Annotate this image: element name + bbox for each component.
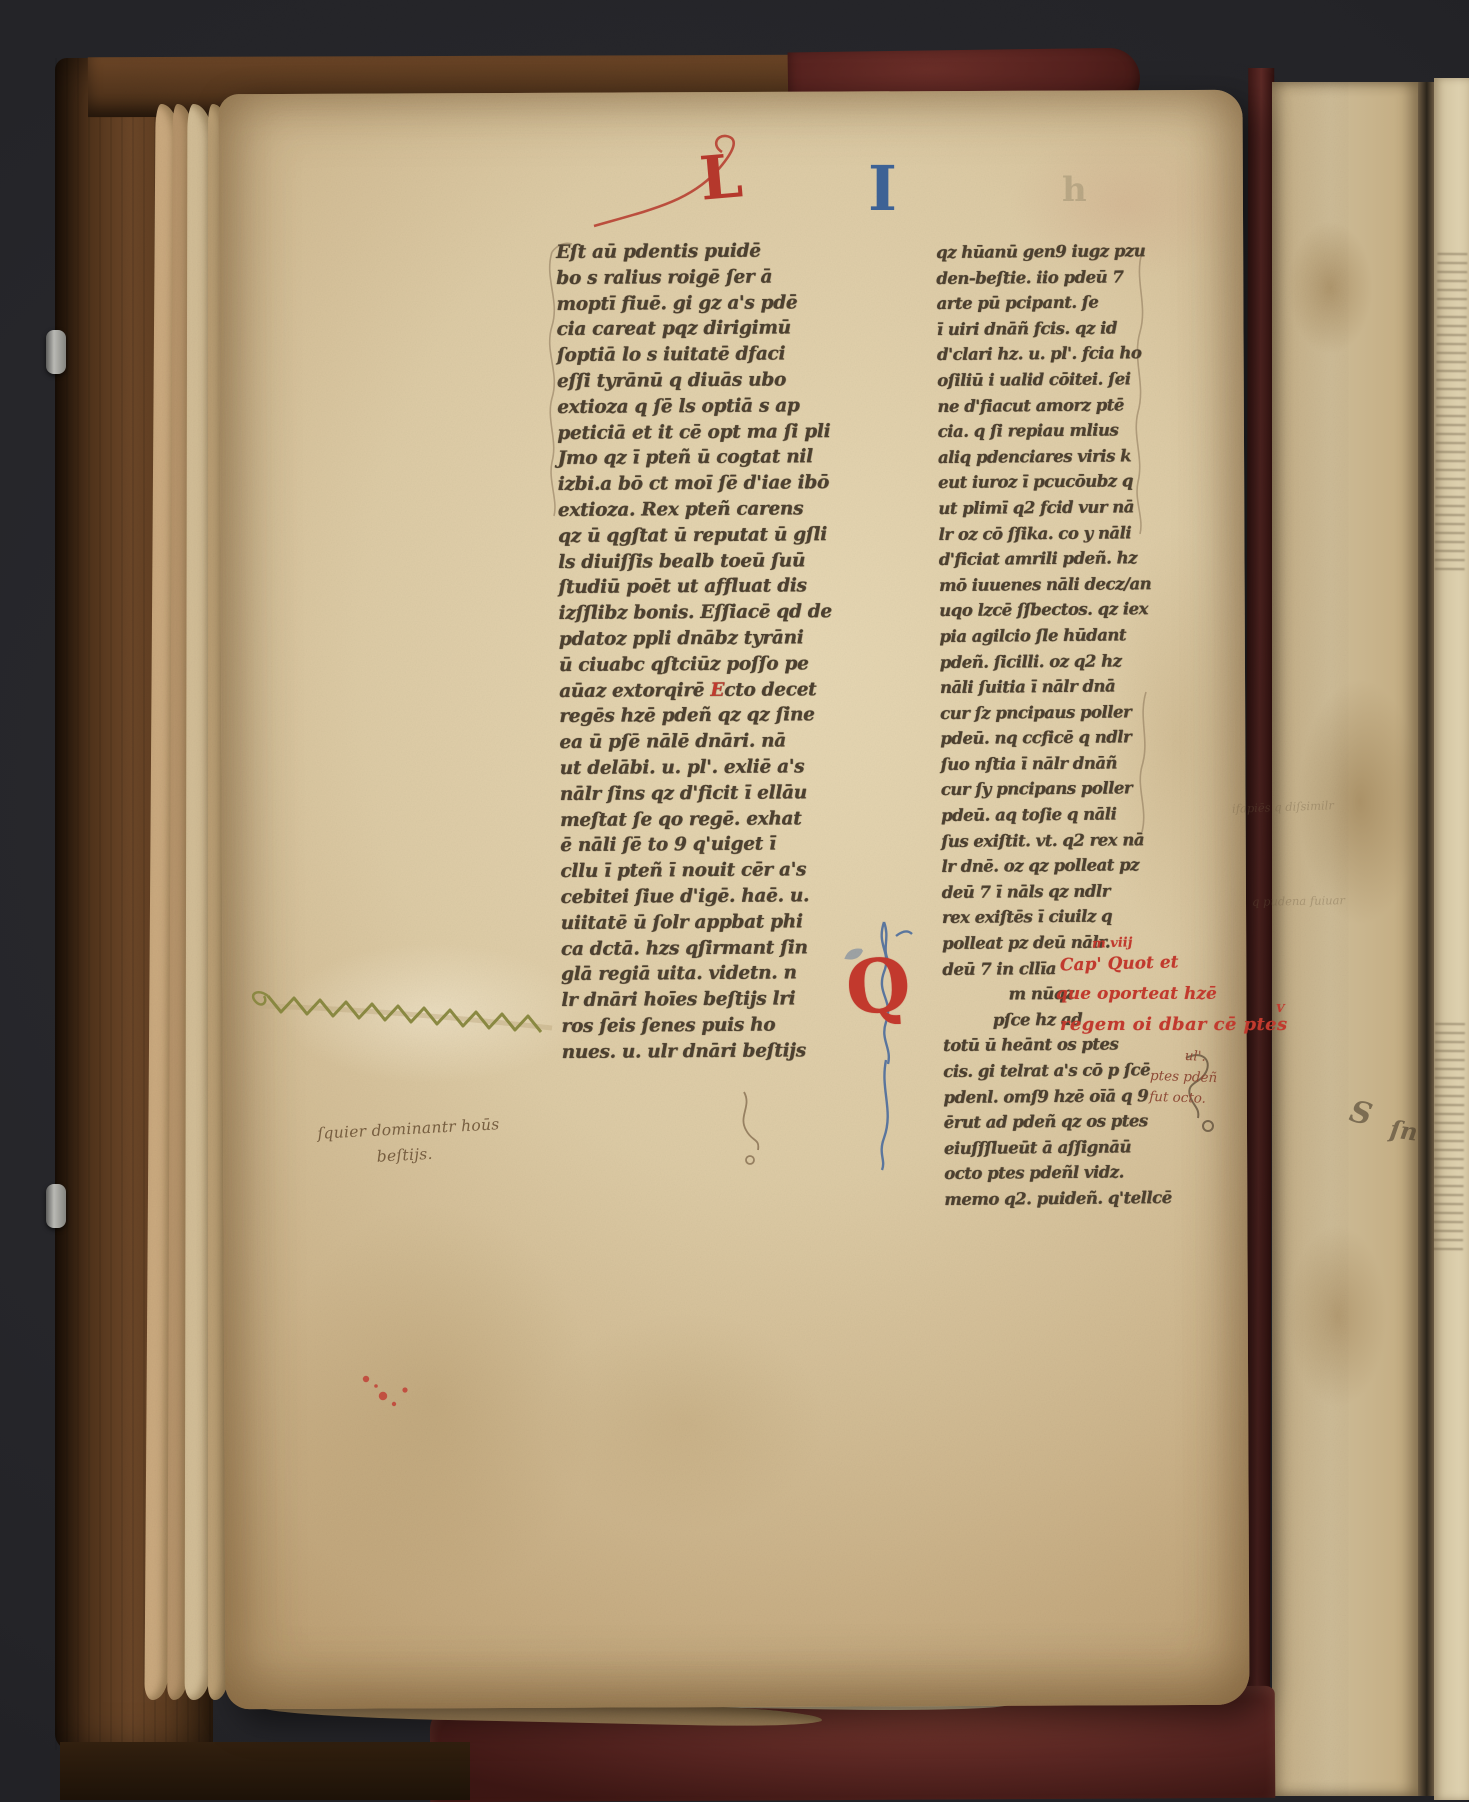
- ink-text: uqo lzcē ſſbectos. qz iex: [939, 599, 1148, 620]
- ink-text: octo ptes pdeñl vidz.: [944, 1163, 1124, 1184]
- manuscript-line: cia careat pqz dirigimū: [557, 315, 867, 343]
- manuscript-line: extioza. Rex pteñ carens: [558, 496, 868, 524]
- ink-text: ea ū pſē nālē dnāri. nā: [559, 731, 786, 754]
- manuscript-photo: L I h Eſt aū pdentis puidēbo s ralius ro…: [0, 0, 1469, 1800]
- ink-text: ne d'fiacut amorz ptē: [937, 395, 1124, 416]
- ink-text: mō iuuenes nāli decz/an: [939, 574, 1151, 595]
- manuscript-line: ea ū pſē nālē dnāri. nā: [559, 728, 869, 756]
- manuscript-line: arte pū pcipant. ſe: [936, 289, 1166, 317]
- manuscript-line: den-beſtie. iio pdeū 7: [936, 264, 1166, 292]
- ink-text: ca dctā. hzs qſirmant ſin: [561, 937, 808, 960]
- ink-text: bo s ralius roigē ſer ā: [556, 266, 772, 289]
- rubric-line: que oporteat hzē: [1056, 984, 1217, 1004]
- ink-text: d'ficiat amrili pdeñ. hz: [939, 548, 1137, 569]
- ink-text: d'clari hz. u. pl'. fcia ho: [937, 344, 1142, 365]
- manuscript-line: eiuſſſlueūt ā aſſignāū: [944, 1134, 1174, 1162]
- folio-mark-blue: I: [868, 158, 897, 220]
- ink-text: memo q2. puideñ. q'tellcē: [944, 1188, 1171, 1209]
- manuscript-line: cur ſy pncipans poller: [941, 775, 1171, 803]
- red-touched-letter: E: [710, 679, 724, 700]
- ink-text: extioza q ſē ls optiā s ap: [557, 395, 799, 418]
- facing-page-text-hint: [1435, 253, 1468, 573]
- manuscript-line: cllu ī pteñ ī nouit cēr a's: [560, 857, 870, 885]
- manuscript-line: regēs hzē pdeñ qz qz ſine: [559, 702, 869, 730]
- manuscript-line: totū ū heānt os ptes: [943, 1031, 1173, 1059]
- manuscript-line: pdatoz ppli dnābz tyrāni: [559, 625, 869, 653]
- ink-text: ē nāli ſē to 9 q'uiget ī: [560, 834, 776, 857]
- manuscript-line: rex exiſtēs ī ciuilz q: [942, 903, 1172, 931]
- ink-text: ſoptiā lo s iuitatē dfaci: [557, 344, 786, 367]
- manuscript-line: ca dctā. hzs qſirmant ſin: [561, 934, 871, 962]
- ink-text: moptī fiuē. gi gz a's pdē: [556, 292, 797, 315]
- ink-text: ſus exiſtit. vt. q2 rex nā: [941, 830, 1144, 851]
- ink-text: peticiā et it cē opt ma ſi pli: [557, 421, 830, 444]
- ink-text: den-beſtie. iio pdeū 7: [936, 267, 1123, 288]
- ink-text: Jmo qz ī pteñ ū cogtat nil: [557, 447, 812, 470]
- ink-text: cia. q ſi repiau mlius: [938, 421, 1119, 442]
- margin-note-left: ſquier dominantr hoūs beſtijs.: [317, 1111, 502, 1172]
- manuscript-line: cis. gi telrat a's cō p ſcē: [943, 1057, 1173, 1085]
- ink-text: glā regiā uita. videtn. n: [561, 963, 797, 986]
- manuscript-line: aliq pdenciares viris k: [938, 443, 1168, 471]
- manuscript-line: lr oz cō ſſika. co y nāli: [938, 520, 1168, 548]
- ink-text: ut plimī q2 fcid vur nā: [938, 497, 1134, 518]
- margin-note-line: ptes pdeñ: [1150, 1066, 1218, 1089]
- ink-text: arte pū pcipant. ſe: [936, 293, 1098, 313]
- facing-page-text-hint: [1433, 1023, 1465, 1253]
- ink-text: pdeñ. ſicilli. oz q2 hz: [940, 651, 1122, 672]
- folio-mark-red: L: [697, 146, 744, 209]
- clasp-pin-bottom: [46, 1184, 66, 1228]
- ink-text: cia careat pqz dirigimū: [557, 318, 791, 341]
- manuscript-line: extioza q ſē ls optiā s ap: [557, 393, 867, 421]
- text-column-right: qz hūanū gen9 iugz pzuden-beſtie. iio pd…: [936, 238, 1174, 1213]
- rubric-line: regem oi dbar cē ptes: [1060, 1014, 1288, 1035]
- manuscript-line: cia. q ſi repiau mlius: [938, 417, 1168, 445]
- rubric-chapter-number: m viij: [1092, 935, 1133, 951]
- ink-text: lr dnē. oz qz polleat pz: [941, 856, 1139, 877]
- manuscript-line: ut delābi. u. pl'. exliē a's: [560, 754, 870, 782]
- ink-text: izbi.a bō ct moī ſē d'iae ibō: [558, 472, 829, 495]
- ink-text: cllu ī pteñ ī nouit cēr a's: [560, 859, 806, 882]
- ink-text: ī uiri dnāñ fcis. qz id: [937, 318, 1117, 339]
- board-bottom-edge: [60, 1742, 470, 1800]
- manuscript-line: ſuo nſtia ī nālr dnāñ: [940, 750, 1170, 778]
- edge-note: q pudena fuiuar: [1252, 893, 1345, 909]
- manuscript-line: ē nāli ſē to 9 q'uiget ī: [560, 831, 870, 859]
- manuscript-line: izbi.a bō ct moī ſē d'iae ibō: [558, 470, 868, 498]
- manuscript-line: Eſt aū pdentis puidē: [556, 238, 866, 266]
- manuscript-line: lr dnē. oz qz polleat pz: [941, 852, 1171, 880]
- rubric-tick: V: [1276, 1002, 1285, 1015]
- parchment-stain: [544, 1312, 825, 1533]
- manuscript-line: pia agilcio ſle hūdant: [939, 622, 1169, 650]
- parchment-stain: [273, 1203, 595, 1604]
- ink-text: oſiliū i ualid cōitei. ſei: [937, 369, 1130, 390]
- ink-text: lr dnāri hoīes beſtijs lri: [561, 988, 795, 1011]
- manuscript-line: ne d'fiacut amorz ptē: [937, 392, 1167, 420]
- manuscript-line: meſtat ſe qo regē. exhat: [560, 805, 870, 833]
- manuscript-line: polleat pz deū nālr.: [942, 929, 1172, 957]
- manuscript-line: ū ciuabc qſtciūz poſſo pe: [559, 651, 869, 679]
- ink-text: eiuſſſlueūt ā aſſignāū: [944, 1137, 1131, 1158]
- manuscript-line: uiitatē ū ſolr appbat phi: [561, 909, 871, 937]
- rubric-line: Cap' Quot et: [1060, 952, 1179, 975]
- manuscript-line: moptī fiuē. gi gz a's pdē: [556, 289, 866, 317]
- ink-text: ſuo nſtia ī nālr dnāñ: [940, 753, 1117, 774]
- manuscript-line: ſtudiū poēt ut affluat dis: [558, 573, 868, 601]
- manuscript-line: peticiā et it cē opt ma ſi pli: [557, 418, 867, 446]
- ink-text: deū 7 ī nāls qz ndlr: [942, 881, 1110, 901]
- ink-text: ut delābi. u. pl'. exliē a's: [560, 756, 805, 779]
- ink-text: nues. u. ulr dnāri beſtijs: [562, 1040, 806, 1063]
- manuscript-line: nālr ſins qz d'ficit ī ellāu: [560, 780, 870, 808]
- manuscript-line: aūaz extorqirē Ecto decet: [559, 676, 869, 704]
- manuscript-line: glā regiā uita. videtn. n: [561, 960, 871, 988]
- manuscript-line: ſoptiā lo s iuitatē dfaci: [557, 341, 867, 369]
- ink-text: lr oz cō ſſika. co y nāli: [938, 523, 1131, 544]
- manuscript-line: cebitei ſiue d'igē. haē. u.: [561, 883, 871, 911]
- ink-text: aūaz extorqirē: [559, 679, 710, 701]
- ink-text: cur ſz pncipaus poller: [940, 702, 1131, 723]
- folio-mark-ghost: h: [1062, 170, 1087, 210]
- ink-text: qz ū qgſtat ū reputat ū gſli: [558, 524, 827, 547]
- ink-text: ſtudiū poēt ut affluat dis: [558, 576, 806, 599]
- parchment-repair-patch: [282, 943, 583, 1084]
- ink-text: cto decet: [724, 679, 816, 701]
- ink-text: eſſi tyrānū q diuās ubo: [557, 369, 786, 392]
- ink-text: rex exiſtēs ī ciuilz q: [942, 907, 1112, 927]
- manuscript-line: eut iuroz ī pcucōubz q: [938, 468, 1168, 496]
- manuscript-line: qz ū qgſtat ū reputat ū gſli: [558, 522, 868, 550]
- ink-text: nālr ſins qz d'ficit ī ellāu: [560, 782, 807, 805]
- ink-text: extioza. Rex pteñ carens: [558, 498, 803, 521]
- manuscript-line: nāli ſuitia ī nālr dnā: [940, 673, 1170, 701]
- facing-page-sliver: [1434, 78, 1469, 1800]
- fore-edge-stack: [1272, 82, 1418, 1796]
- manuscript-line: pdenl. omſ9 hzē oīā q 9: [943, 1083, 1173, 1111]
- manuscript-line: ērut ad pdeñ qz os ptes: [944, 1108, 1174, 1136]
- manuscript-line: memo q2. puideñ. q'tellcē: [944, 1185, 1174, 1213]
- ink-text: pia agilcio ſle hūdant: [939, 625, 1126, 646]
- ink-text: ū ciuabc qſtciūz poſſo pe: [559, 653, 809, 676]
- manuscript-line: pdeū. aq toſie q nāli: [941, 801, 1171, 829]
- ink-text: cur ſy pncipans poller: [941, 779, 1132, 800]
- clasp-pin-top: [46, 330, 66, 374]
- manuscript-line: deū 7 ī nāls qz ndlr: [942, 878, 1172, 906]
- manuscript-line: bo s ralius roigē ſer ā: [556, 264, 866, 292]
- margin-note-line: ul'.: [1184, 1046, 1218, 1068]
- ink-text: meſtat ſe qo regē. exhat: [560, 808, 802, 831]
- ink-text: nāli ſuitia ī nālr dnā: [940, 677, 1115, 698]
- ink-text: uiitatē ū ſolr appbat phi: [561, 911, 803, 934]
- manuscript-line: ī uiri dnāñ fcis. qz id: [937, 315, 1167, 343]
- manuscript-line: d'clari hz. u. pl'. fcia ho: [937, 340, 1167, 368]
- ink-text: pdenl. omſ9 hzē oīā q 9: [943, 1086, 1148, 1107]
- ink-text: Eſt aū pdentis puidē: [556, 241, 761, 263]
- manuscript-line: qz hūanū gen9 iugz pzu: [936, 238, 1166, 266]
- ink-text: regēs hzē pdeñ qz qz ſine: [559, 705, 814, 728]
- ink-text: qz hūanū gen9 iugz pzu: [936, 241, 1145, 262]
- manuscript-line: cur ſz pncipaus poller: [940, 699, 1170, 727]
- manuscript-line: izſſlibz bonis. Eſſiacē qd de: [559, 599, 869, 627]
- ink-text: pdeū. nq ccficē q ndlr: [940, 728, 1131, 749]
- ink-text: aliq pdenciares viris k: [938, 446, 1131, 467]
- manuscript-line: ros ſeis ſenes puis ho: [561, 1012, 871, 1040]
- manuscript-line: ls diuiſſis bealb toeū ſuū: [558, 547, 868, 575]
- ink-text: polleat pz deū nālr.: [942, 933, 1110, 953]
- ink-text: ērut ad pdeñ qz os ptes: [944, 1111, 1148, 1132]
- margin-note-line: fut octo.: [1149, 1087, 1217, 1110]
- ink-text: eut iuroz ī pcucōubz q: [938, 472, 1133, 493]
- ink-text: ls diuiſſis bealb toeū ſuū: [558, 550, 805, 573]
- manuscript-line: oſiliū i ualid cōitei. ſei: [937, 366, 1167, 394]
- manuscript-line: ſus exiſtit. vt. q2 rex nā: [941, 827, 1171, 855]
- edge-scribble: ſn: [1388, 1114, 1420, 1147]
- ink-text: pdeū. aq toſie q nāli: [941, 805, 1116, 826]
- manuscript-line: lr dnāri hoīes beſtijs lri: [561, 986, 871, 1014]
- manuscript-line: eſſi tyrānū q diuās ubo: [557, 367, 867, 395]
- manuscript-line: octo ptes pdeñl vidz.: [944, 1159, 1174, 1187]
- ink-text: ros ſeis ſenes puis ho: [561, 1014, 775, 1036]
- manuscript-line: uqo lzcē ſſbectos. qz iex: [939, 596, 1169, 624]
- ink-text: cis. gi telrat a's cō p ſcē: [943, 1060, 1150, 1081]
- initial-q: Q: [843, 948, 912, 1026]
- manuscript-line: mō iuuenes nāli decz/an: [939, 571, 1169, 599]
- margin-note-right: ul'. ptes pdeñ fut octo.: [1149, 1045, 1218, 1110]
- text-column-left: Eſt aū pdentis puidēbo s ralius roigē ſe…: [556, 238, 872, 1066]
- manuscript-line: pdeñ. ſicilli. oz q2 hz: [940, 647, 1170, 675]
- manuscript-line: Jmo qz ī pteñ ū cogtat nil: [557, 444, 867, 472]
- manuscript-line: pdeū. nq ccficē q ndlr: [940, 724, 1170, 752]
- ink-text: izſſlibz bonis. Eſſiacē qd de: [559, 601, 832, 624]
- ink-text: totū ū heānt os ptes: [943, 1035, 1118, 1056]
- manuscript-line: nues. u. ulr dnāri beſtijs: [562, 1038, 872, 1066]
- ink-text: pdatoz ppli dnābz tyrāni: [559, 627, 804, 650]
- leaf-gap-shadow: [1418, 82, 1434, 1796]
- ink-text: cebitei ſiue d'igē. haē. u.: [561, 885, 810, 908]
- manuscript-line: ut plimī q2 fcid vur nā: [938, 494, 1168, 522]
- ink-text: deū 7 in cllīa: [942, 959, 1056, 979]
- manuscript-line: d'ficiat amrili pdeñ. hz: [939, 545, 1169, 573]
